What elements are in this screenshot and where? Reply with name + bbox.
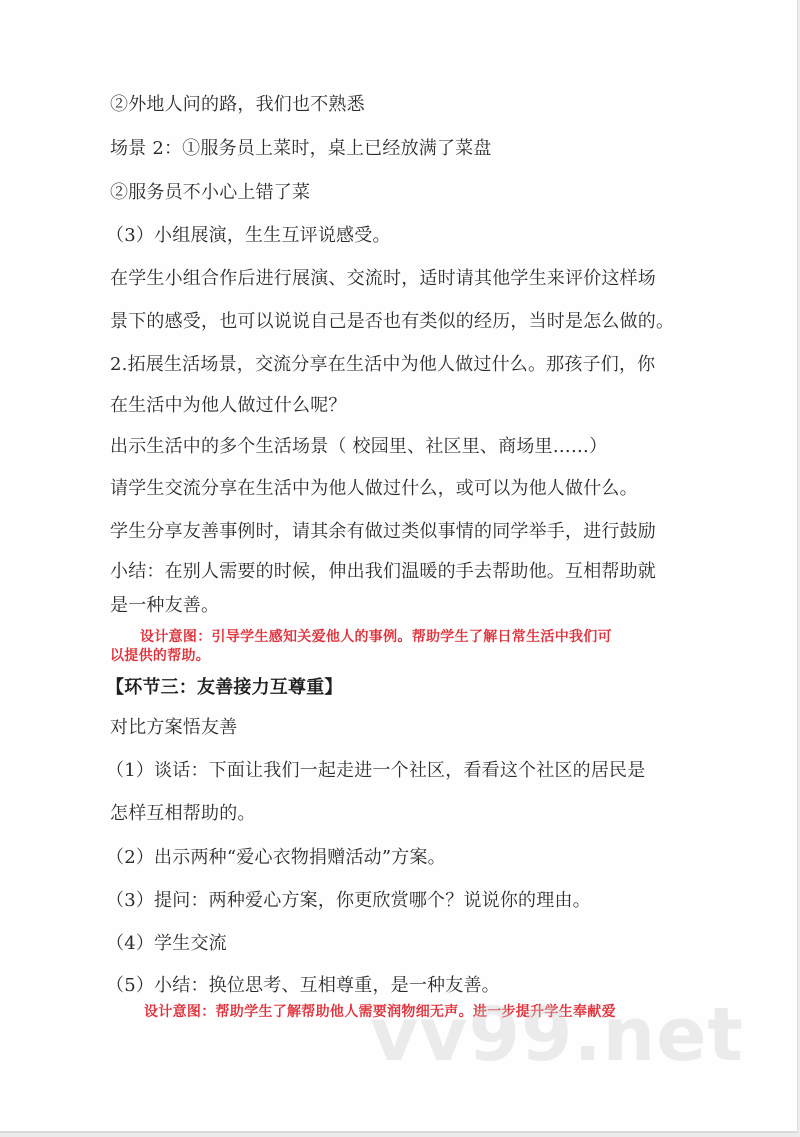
text-line: （1）谈话：下面让我们一起走进一个社区，看看这个社区的居民是 xyxy=(106,756,645,782)
text-line: 在学生小组合作后进行展演、交流时，适时请其他学生来评价这样场 xyxy=(110,264,656,290)
design-intent-note-cont: 以提供的帮助。 xyxy=(110,645,210,665)
watermark: vv99.net xyxy=(370,992,744,1078)
text-line: 是一种友善。 xyxy=(110,591,219,617)
text-line: （2）出示两种“爱心衣物捐赠活动”方案。 xyxy=(106,843,446,869)
text-line: 场景 2：①服务员上菜时，桌上已经放满了菜盘 xyxy=(110,134,492,160)
design-intent-note: 设计意图：引导学生感知关爱他人的事例。帮助学生了解日常生活中我们可 xyxy=(140,626,612,646)
section-heading: 【环节三：友善接力互尊重】 xyxy=(106,673,343,699)
text-line: 出示生活中的多个生活场景（ 校园里、社区里、商场里……） xyxy=(110,432,607,458)
text-line: 2.拓展生活场景，交流分享在生活中为他人做过什么。那孩子们，你 xyxy=(110,350,655,376)
text-line: 景下的感受，也可以说说自己是否也有类似的经历，当时是怎么做的。 xyxy=(110,307,674,333)
text-line: ②服务员不小心上错了菜 xyxy=(110,178,310,204)
text-line: ②外地人问的路，我们也不熟悉 xyxy=(110,90,365,116)
text-line: 怎样互相帮助的。 xyxy=(110,799,256,825)
text-line: 在生活中为他人做过什么呢？ xyxy=(110,391,347,417)
text-line: 小结：在别人需要的时候，伸出我们温暖的手去帮助他。互相帮助就 xyxy=(110,557,656,583)
text-line: （3）提问：两种爱心方案，你更欣赏哪个？说说你的理由。 xyxy=(106,886,591,912)
text-line: 请学生交流分享在生活中为他人做过什么，或可以为他人做什么。 xyxy=(110,474,638,500)
text-line: （3）小组展演，生生互评说感受。 xyxy=(106,221,391,247)
text-line: 对比方案悟友善 xyxy=(110,713,237,739)
text-line: 学生分享友善事例时，请其余有做过类似事情的同学举手，进行鼓励 xyxy=(110,517,656,543)
document-page: ②外地人问的路，我们也不熟悉 场景 2：①服务员上菜时，桌上已经放满了菜盘 ②服… xyxy=(0,0,798,1133)
text-line: （4）学生交流 xyxy=(106,929,227,955)
